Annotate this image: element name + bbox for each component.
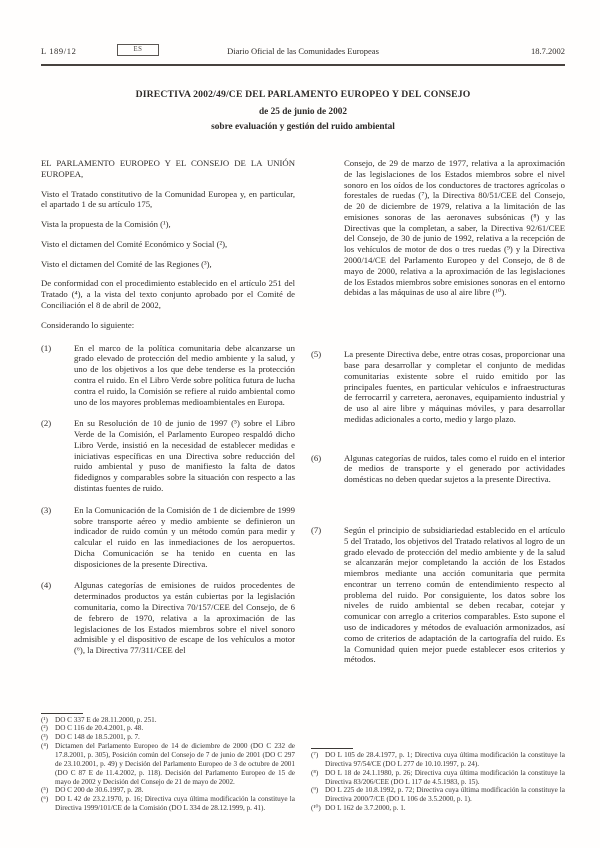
footnote: (⁷) DO L 105 de 28.4.1977, p. 1; Directi… [311, 751, 565, 769]
right-footnotes: (⁷) DO L 105 de 28.4.1977, p. 1; Directi… [311, 748, 565, 813]
footnote-text: DO L 18 de 24.1.1980, p. 26; Directiva c… [325, 769, 565, 787]
header-divider [41, 64, 565, 66]
recital-number: (6) [311, 453, 344, 485]
preamble-paragraph: Visto el dictamen del Comité de las Regi… [41, 259, 295, 270]
footnote: (³) DO C 148 de 18.5.2001, p. 7. [41, 733, 295, 742]
footnote-text: DO L 225 de 10.8.1992, p. 72; Directiva … [325, 786, 565, 804]
recital-text: La presente Directiva debe, entre otras … [344, 349, 565, 424]
issue-date: 18.7.2002 [531, 46, 565, 56]
footnote-marker: (⁶) [41, 795, 55, 813]
footnote-marker: (⁹) [311, 786, 325, 804]
recital-number: (7) [311, 525, 344, 665]
footnote: (⁵) DO C 200 de 30.6.1997, p. 28. [41, 786, 295, 795]
recital-text: Según el principio de subsidiariedad est… [344, 525, 565, 665]
body-columns: EL PARLAMENTO EUROPEO Y EL CONSEJO DE LA… [41, 158, 565, 813]
recital-number: (2) [41, 418, 74, 493]
recital-number: (5) [311, 349, 344, 424]
document-title-block: DIRECTIVA 2002/49/CE DEL PARLAMENTO EURO… [41, 89, 565, 132]
footnote-marker: (⁸) [311, 769, 325, 787]
footnote-text: DO C 148 de 18.5.2001, p. 7. [55, 733, 295, 742]
footnote-text: Dictamen del Parlamento Europeo de 14 de… [55, 742, 295, 786]
footnote: (⁴) Dictamen del Parlamento Europeo de 1… [41, 742, 295, 786]
preamble-paragraph: Visto el Tratado constitutivo de la Comu… [41, 189, 295, 211]
footnote-text: DO L 42 de 23.2.1970, p. 16; Directiva c… [55, 795, 295, 813]
journal-title: Diario Oficial de las Comunidades Europe… [41, 46, 565, 56]
footnote: (¹⁰) DO L 162 de 3.7.2000, p. 1. [311, 804, 565, 813]
recital-7: (7) Según el principio de subsidiariedad… [311, 525, 565, 665]
footnote-marker: (¹⁰) [311, 804, 325, 813]
preamble-paragraph: Vista la propuesta de la Comisión (¹), [41, 219, 295, 230]
recital-3: (3) En la Comunicación de la Comisión de… [41, 505, 295, 570]
footnote-marker: (⁴) [41, 742, 55, 786]
footnote-marker: (⁵) [41, 786, 55, 795]
footnote: (⁸) DO L 18 de 24.1.1980, p. 26; Directi… [311, 769, 565, 787]
recital-text: Algunas categorías de emisiones de ruido… [74, 580, 295, 655]
recital-number: (1) [41, 343, 74, 408]
recital-5: (5) La presente Directiva debe, entre ot… [311, 349, 565, 424]
recital-1: (1) En el marco de la política comunitar… [41, 343, 295, 408]
footnote-text: DO L 105 de 28.4.1977, p. 1; Directiva c… [325, 751, 565, 769]
left-footnotes: (¹) DO C 337 E de 28.11.2000, p. 251. (²… [41, 713, 295, 813]
footnote: (¹) DO C 337 E de 28.11.2000, p. 251. [41, 716, 295, 725]
directive-subject: sobre evaluación y gestión del ruido amb… [41, 122, 565, 132]
footnote: (⁹) DO L 225 de 10.8.1992, p. 72; Direct… [311, 786, 565, 804]
footnote-text: DO L 162 de 3.7.2000, p. 1. [325, 804, 565, 813]
footnote-marker: (²) [41, 724, 55, 733]
footnote-text: DO C 116 de 20.4.2001, p. 48. [55, 724, 295, 733]
journal-page: L 189/12 ES Diario Oficial de las Comuni… [0, 0, 600, 848]
footnote-marker: (⁷) [311, 751, 325, 769]
recital-number: (4) [41, 580, 74, 655]
page-header: L 189/12 ES Diario Oficial de las Comuni… [41, 46, 565, 59]
recital-number: (3) [41, 505, 74, 570]
recital-text: Algunas categorías de ruidos, tales como… [344, 453, 565, 485]
footnote: (²) DO C 116 de 20.4.2001, p. 48. [41, 724, 295, 733]
preamble-paragraph: Considerando lo siguiente: [41, 320, 295, 331]
left-column: EL PARLAMENTO EUROPEO Y EL CONSEJO DE LA… [41, 158, 295, 813]
preamble-paragraph: EL PARLAMENTO EUROPEO Y EL CONSEJO DE LA… [41, 158, 295, 180]
recital-4: (4) Algunas categorías de emisiones de r… [41, 580, 295, 655]
recital-text: En la Comunicación de la Comisión de 1 d… [74, 505, 295, 570]
recital-4-continuation: Consejo, de 29 de marzo de 1977, relativ… [344, 158, 565, 298]
right-column: Consejo, de 29 de marzo de 1977, relativ… [311, 158, 565, 813]
directive-date: de 25 de junio de 2002 [41, 107, 565, 117]
recital-6: (6) Algunas categorías de ruidos, tales … [311, 453, 565, 485]
preamble-paragraph: De conformidad con el procedimiento esta… [41, 278, 295, 310]
footnote-text: DO C 337 E de 28.11.2000, p. 251. [55, 716, 295, 725]
footnote: (⁶) DO L 42 de 23.2.1970, p. 16; Directi… [41, 795, 295, 813]
recital-2: (2) En su Resolución de 10 de junio de 1… [41, 418, 295, 493]
footnote-marker: (³) [41, 733, 55, 742]
directive-title: DIRECTIVA 2002/49/CE DEL PARLAMENTO EURO… [41, 89, 565, 100]
preamble-paragraph: Visto el dictamen del Comité Económico y… [41, 239, 295, 250]
recital-text: En el marco de la política comunitaria d… [74, 343, 295, 408]
footnote-divider [41, 713, 83, 714]
recital-text: En su Resolución de 10 de junio de 1997 … [74, 418, 295, 493]
footnote-divider [311, 748, 353, 749]
footnote-marker: (¹) [41, 716, 55, 725]
footnote-text: DO C 200 de 30.6.1997, p. 28. [55, 786, 295, 795]
